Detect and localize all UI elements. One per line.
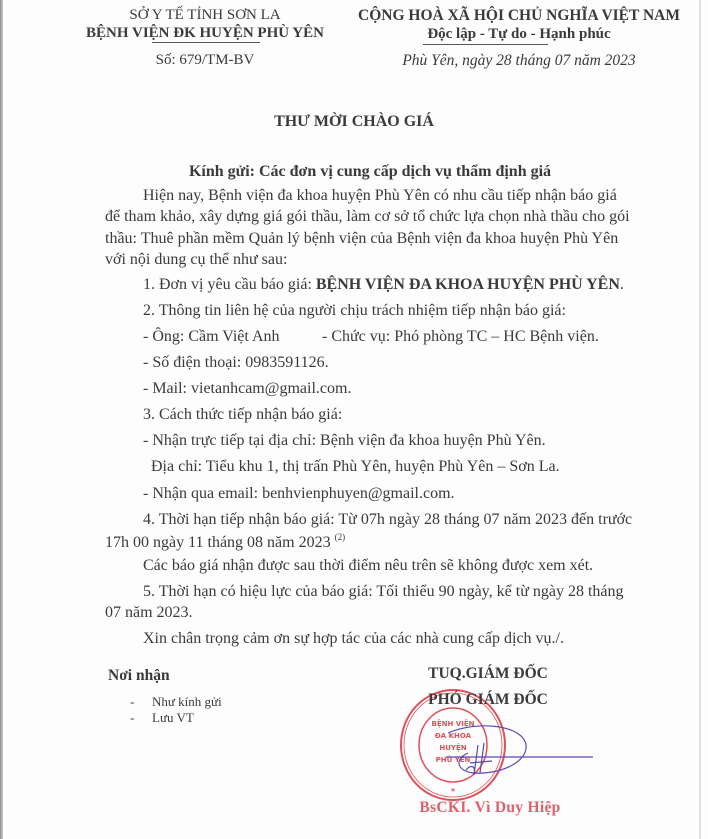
signer-name: BsCKI. Vì Duy Hiệp <box>400 799 580 817</box>
intro-line-2: để tham khảo, xây dựng giá gói thầu, làm… <box>105 208 630 226</box>
signature-position: PHÓ GIÁM ĐỐC <box>388 691 588 709</box>
recipient-bullet: - <box>130 694 152 710</box>
contact-name: - Ông: Cầm Việt Anh <box>143 328 280 346</box>
item-4-line-2: 17h 00 ngày 11 tháng 08 năm 2023 (2) <box>105 532 345 552</box>
receive-direct: - Nhận trực tiếp tại địa chỉ: Bệnh viện … <box>143 432 546 450</box>
contact-position: - Chức vụ: Phó phòng TC – HC Bệnh viện. <box>322 328 599 346</box>
footnote-marker: (2) <box>335 532 346 542</box>
document-number: Số: 679/TM-BV <box>60 52 350 69</box>
intro-line-1: Hiện nay, Bệnh viện đa khoa huyện Phù Yê… <box>143 187 617 205</box>
item-4-line-1: 4. Thời hạn tiếp nhận báo giá: Từ 07h ng… <box>143 511 632 529</box>
document-title: THƯ MỜI CHÀO GIÁ <box>0 113 708 131</box>
item-1-value: BỆNH VIỆN ĐA KHOA HUYỆN PHÙ YÊN <box>316 276 620 293</box>
recipients-title: Nơi nhận <box>108 667 170 685</box>
contact-mail: - Mail: vietanhcam@gmail.com. <box>143 380 351 398</box>
signature-authority: TUQ.GIÁM ĐỐC <box>388 665 588 683</box>
document-page: SỞ Y TẾ TỈNH SƠN LA BỆNH VIỆN ĐK HUYỆN P… <box>0 0 708 839</box>
receive-email: - Nhận qua email: benhvienphuyen@gmail.c… <box>143 485 455 503</box>
item-3-label: 3. Cách thức tiếp nhận báo giá: <box>143 406 342 424</box>
item-1: 1. Đơn vị yêu cầu báo giá: BỆNH VIỆN ĐA … <box>143 276 624 294</box>
national-motto: Độc lập - Tự do - Hạnh phúc <box>330 26 708 43</box>
intro-line-3: thầu: Thuê phần mềm Quản lý bệnh viện củ… <box>105 230 618 248</box>
item-1-end: . <box>620 276 624 293</box>
issuing-authority: SỞ Y TẾ TỈNH SƠN LA <box>60 7 350 24</box>
hospital-name: BỆNH VIỆN ĐK HUYỆN PHÙ YÊN <box>60 25 350 42</box>
salutation: Kính gửi: Các đơn vị cung cấp dịch vụ th… <box>80 163 660 181</box>
item-5-line-1: 5. Thời hạn có hiệu lực của báo giá: Tối… <box>143 583 624 601</box>
item-5-line-2: 07 năm 2023. <box>105 604 193 622</box>
late-note: Các báo giá nhận được sau thời điểm nêu … <box>143 557 593 575</box>
recipient-label: Lưu VT <box>152 710 194 725</box>
recipient-label: Như kính gửi <box>152 694 222 709</box>
item-1-label: 1. Đơn vị yêu cầu báo giá: <box>143 276 316 293</box>
handwritten-signature-icon <box>418 715 618 785</box>
national-title: CỘNG HOÀ XÃ HỘI CHỦ NGHĨA VIỆT NAM <box>330 7 708 25</box>
place-and-date: Phù Yên, ngày 28 tháng 07 năm 2023 <box>330 52 708 70</box>
recipient-bullet: - <box>130 710 152 726</box>
intro-line-4: với nội dung cụ thể như sau: <box>105 251 287 269</box>
recipient-item: -Lưu VT <box>130 710 194 726</box>
recipient-item: -Như kính gửi <box>130 694 222 710</box>
receive-address: Địa chỉ: Tiểu khu 1, thị trấn Phù Yên, h… <box>151 458 560 476</box>
item-4-deadline: 17h 00 ngày 11 tháng 08 năm 2023 <box>105 534 335 551</box>
closing-line: Xin chân trọng cảm ơn sự hợp tác của các… <box>143 630 564 648</box>
svg-text:*: * <box>451 787 456 796</box>
header-underline-right <box>423 44 548 45</box>
header-underline-left <box>152 42 260 43</box>
contact-phone: - Số điện thoại: 0983591126. <box>143 354 329 372</box>
item-2-label: 2. Thông tin liên hệ của người chịu trác… <box>143 302 566 320</box>
